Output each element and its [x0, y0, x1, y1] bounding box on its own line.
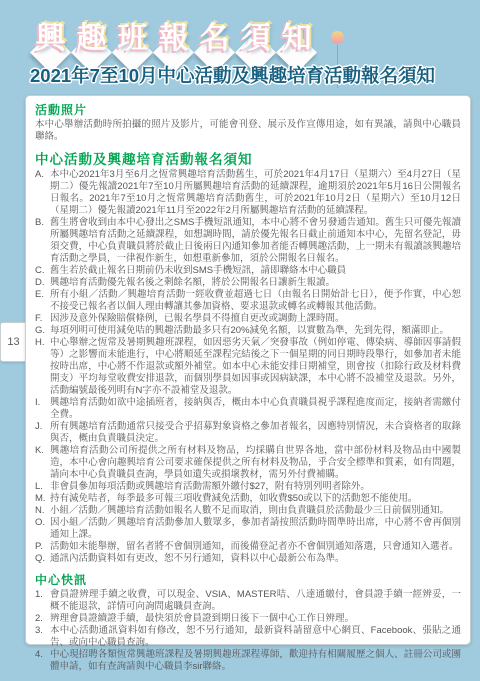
item-text: 非會員參加每項活動或興趣培育活動需額外繳付$27，附有特別列明者除外。 — [50, 481, 461, 493]
title-char-text: 興 — [30, 22, 71, 56]
item-label: D. — [35, 277, 50, 289]
title-char-text: 班 — [112, 22, 153, 56]
item-label: L. — [35, 481, 50, 493]
item-label: O. — [35, 517, 50, 541]
item-text: 本中心活動通訊資料如有修改，恕不另行通知，最新資料請留意中心網頁、Faceboo… — [50, 625, 461, 649]
list-item: A.本中心2021年3月至6月之恆常興趣培育活動舊生，可於2021年4月17日（… — [35, 169, 461, 217]
item-label: I. — [35, 397, 50, 421]
item-label: K. — [35, 445, 50, 481]
section-heading: 中心活動及興趣培育活動報名須知 — [35, 151, 461, 168]
title-char-text: 名 — [194, 22, 235, 56]
item-label: B. — [35, 217, 50, 265]
list-item: 2.辨理會員證續證手續，最快須於會員證到期日後下一個中心工作日辨理。 — [35, 613, 461, 625]
page-subtitle: 2021年7至10月中心活動及興趣培育活動報名須知 — [30, 62, 470, 88]
list-item: N.小組／活動／興趣培育活動如報名人數不足而取消，則由負責職員於活動最少三日前個… — [35, 505, 461, 517]
page-number: 13 — [7, 336, 19, 348]
item-text: 本中心2021年3月至6月之恆常興趣培育活動舊生，可於2021年4月17日（星期… — [50, 169, 461, 217]
item-text: 通訊內活動資料如有更改，恕不另行通知，資料以中心最新公布為準。 — [50, 553, 461, 565]
item-text: 持有減免咭者，每季最多可報三項收費減免活動，如收費$50或以下的活動恕不能使用。 — [50, 493, 461, 505]
list-item: F.因涉及意外保險賠償條例，已報名學員不得擅自更改或調動上課時間。 — [35, 313, 461, 325]
item-text: 中心舉辦之恆常及暑期興趣班課程，如因惡劣天氣／突發事故（例如停電、傳染病、導師因… — [50, 337, 461, 397]
list-item: B.舊生將會收到由本中心發出之SMS手機短訊通知，本中心將不會另發通告通知。舊生… — [35, 217, 461, 265]
item-label: 2. — [35, 613, 50, 625]
item-text: 所有興趣培育活動通常只接受合乎招募對象資格之參加者報名，因應特別情況，未合資格者… — [50, 421, 461, 445]
list-item: 3.本中心活動通訊資料如有修改，恕不另行通知，最新資料請留意中心網頁、Faceb… — [35, 625, 461, 649]
decorative-dot-icon — [331, 31, 344, 44]
list-item: 1.會員證辨理手續之收費，可以現金、VSIA、MASTER咭、八達通繳付，會員證… — [35, 589, 461, 613]
item-text: 興趣培育活動優先報名後之剩餘名額，將於公開報名日讓新生報讀。 — [50, 277, 461, 289]
list-item: L.非會員參加每項活動或興趣培育活動需額外繳付$27，附有特別列明者除外。 — [35, 481, 461, 493]
list-item: C.舊生若於截止報名日期前仍未收到SMS手機短訊，請即聯絡本中心職員 — [35, 265, 461, 277]
item-label: H. — [35, 337, 50, 397]
item-label: G. — [35, 325, 50, 337]
title-char-text: 報 — [153, 22, 194, 56]
item-text: 興趣培育活動公司所提供之所有材料及物品，均採購自世界各地，當中部份材料及物品由中… — [50, 445, 461, 481]
item-label: C. — [35, 265, 50, 277]
item-text: 舊生若於截止報名日期前仍未收到SMS手機短訊，請即聯絡本中心職員 — [50, 265, 461, 277]
item-label: E. — [35, 289, 50, 313]
item-text: 中心現招聘各類恆常興趣班課程及暑期興趣班課程導師，歡迎持有相關履歷之個人、註冊公… — [50, 649, 461, 673]
item-label: 1. — [35, 589, 50, 613]
section-activity-photos: 活動照片 本中心舉辦活動時所拍攝的照片及影片，可能會刊登、展示及作宣傳用途，如有… — [35, 103, 461, 143]
list-item: 4.中心現招聘各類恆常興趣班課程及暑期興趣班課程導師，歡迎持有相關履歷之個人、註… — [35, 649, 461, 673]
section-centre-news: 中心快訊 1.會員證辨理手續之收費，可以現金、VSIA、MASTER咭、八達通繳… — [35, 573, 461, 673]
item-text: 會員證辨理手續之收費，可以現金、VSIA、MASTER咭、八達通繳付，會員證手續… — [50, 589, 461, 613]
section-heading: 中心快訊 — [35, 573, 461, 588]
list-item: Q.通訊內活動資料如有更改，恕不另行通知，資料以中心最新公布為準。 — [35, 553, 461, 565]
item-text: 每項列明可使用減免咭的興趣活動最多只有20%減免名額，以實數為準，先到先得，額滿… — [50, 325, 461, 337]
title-char-text: 知 — [276, 22, 317, 56]
list-item: J.所有興趣培育活動通常只接受合乎招募對象資格之參加者報名，因應特別情況，未合資… — [35, 421, 461, 445]
item-label: N. — [35, 505, 50, 517]
item-text: 舊生將會收到由本中心發出之SMS手機短訊通知，本中心將不會另發通告通知。舊生只可… — [50, 217, 461, 265]
list-item: K.興趣培育活動公司所提供之所有材料及物品，均採購自世界各地，當中部份材料及物品… — [35, 445, 461, 481]
item-label: M. — [35, 493, 50, 505]
item-label: J. — [35, 421, 50, 445]
title-char-text: 須 — [235, 22, 276, 56]
item-label: 4. — [35, 649, 50, 673]
list-item: E.所有小組／活動／興趣培育活動一經收費並超過七日（由報名日開始計七日），便予作… — [35, 289, 461, 313]
content-box: 活動照片 本中心舉辦活動時所拍攝的照片及影片，可能會刊登、展示及作宣傳用途，如有… — [25, 95, 471, 645]
item-text: 所有小組／活動／興趣培育活動一經收費並超過七日（由報名日開始計七日），便予作實，… — [50, 289, 461, 313]
list-item: D.興趣培育活動優先報名後之剩餘名額，將於公開報名日讓新生報讀。 — [35, 277, 461, 289]
item-label: A. — [35, 169, 50, 217]
item-text: 辨理會員證續證手續，最快須於會員證到期日後下一個中心工作日辨理。 — [50, 613, 461, 625]
section-registration-notes: 中心活動及興趣培育活動報名須知 A.本中心2021年3月至6月之恆常興趣培育活動… — [35, 151, 461, 565]
item-text: 小組／活動／興趣培育活動如報名人數不足而取消，則由負責職員於活動最少三日前個別通… — [50, 505, 461, 517]
list-item: P.活動如未能舉辦，留名者將不會個別通知，而後備登記者亦不會個別通知落選，只會通… — [35, 541, 461, 553]
numbered-list: 1.會員證辨理手續之收費，可以現金、VSIA、MASTER咭、八達通繳付，會員證… — [35, 589, 461, 673]
item-label: F. — [35, 313, 50, 325]
item-text: 因小組／活動／興趣培育活動參加人數眾多，參加者請按照活動時間準時出席，中心將不會… — [50, 517, 461, 541]
list-item: I.興趣培育活動如欲中途插班者，接納與否，概由本中心負責職員視乎課程進度而定，接… — [35, 397, 461, 421]
section-body: 本中心舉辦活動時所拍攝的照片及影片，可能會刊登、展示及作宣傳用途，如有異議，請與… — [35, 119, 461, 143]
item-text: 活動如未能舉辦，留名者將不會個別通知，而後備登記者亦不會個別通知落選，只會通知入… — [50, 541, 461, 553]
page-number-tab: 13 — [0, 322, 26, 362]
item-text: 興趣培育活動如欲中途插班者，接納與否，概由本中心負責職員視乎課程進度而定，接納者… — [50, 397, 461, 421]
item-text: 因涉及意外保險賠償條例，已報名學員不得擅自更改或調動上課時間。 — [50, 313, 461, 325]
section-heading: 活動照片 — [35, 103, 461, 118]
item-label: 3. — [35, 625, 50, 649]
item-label: Q. — [35, 553, 50, 565]
document-page: 興 趣 班 報 名 須 知 2021年7至10月中心活動及興趣培育活動報名須知 … — [0, 0, 480, 681]
item-label: P. — [35, 541, 50, 553]
list-item: H.中心舉辦之恆常及暑期興趣班課程，如因惡劣天氣／突發事故（例如停電、傳染病、導… — [35, 337, 461, 397]
lettered-list: A.本中心2021年3月至6月之恆常興趣培育活動舊生，可於2021年4月17日（… — [35, 169, 461, 565]
list-item: O.因小組／活動／興趣培育活動參加人數眾多，參加者請按照活動時間準時出席，中心將… — [35, 517, 461, 541]
title-char-text: 趣 — [71, 22, 112, 56]
list-item: M.持有減免咭者，每季最多可報三項收費減免活動，如收費$50或以下的活動恕不能使… — [35, 493, 461, 505]
page-header: 興 趣 班 報 名 須 知 2021年7至10月中心活動及興趣培育活動報名須知 — [0, 0, 480, 96]
list-item: G.每項列明可使用減免咭的興趣活動最多只有20%減免名額，以實數為準，先到先得，… — [35, 325, 461, 337]
